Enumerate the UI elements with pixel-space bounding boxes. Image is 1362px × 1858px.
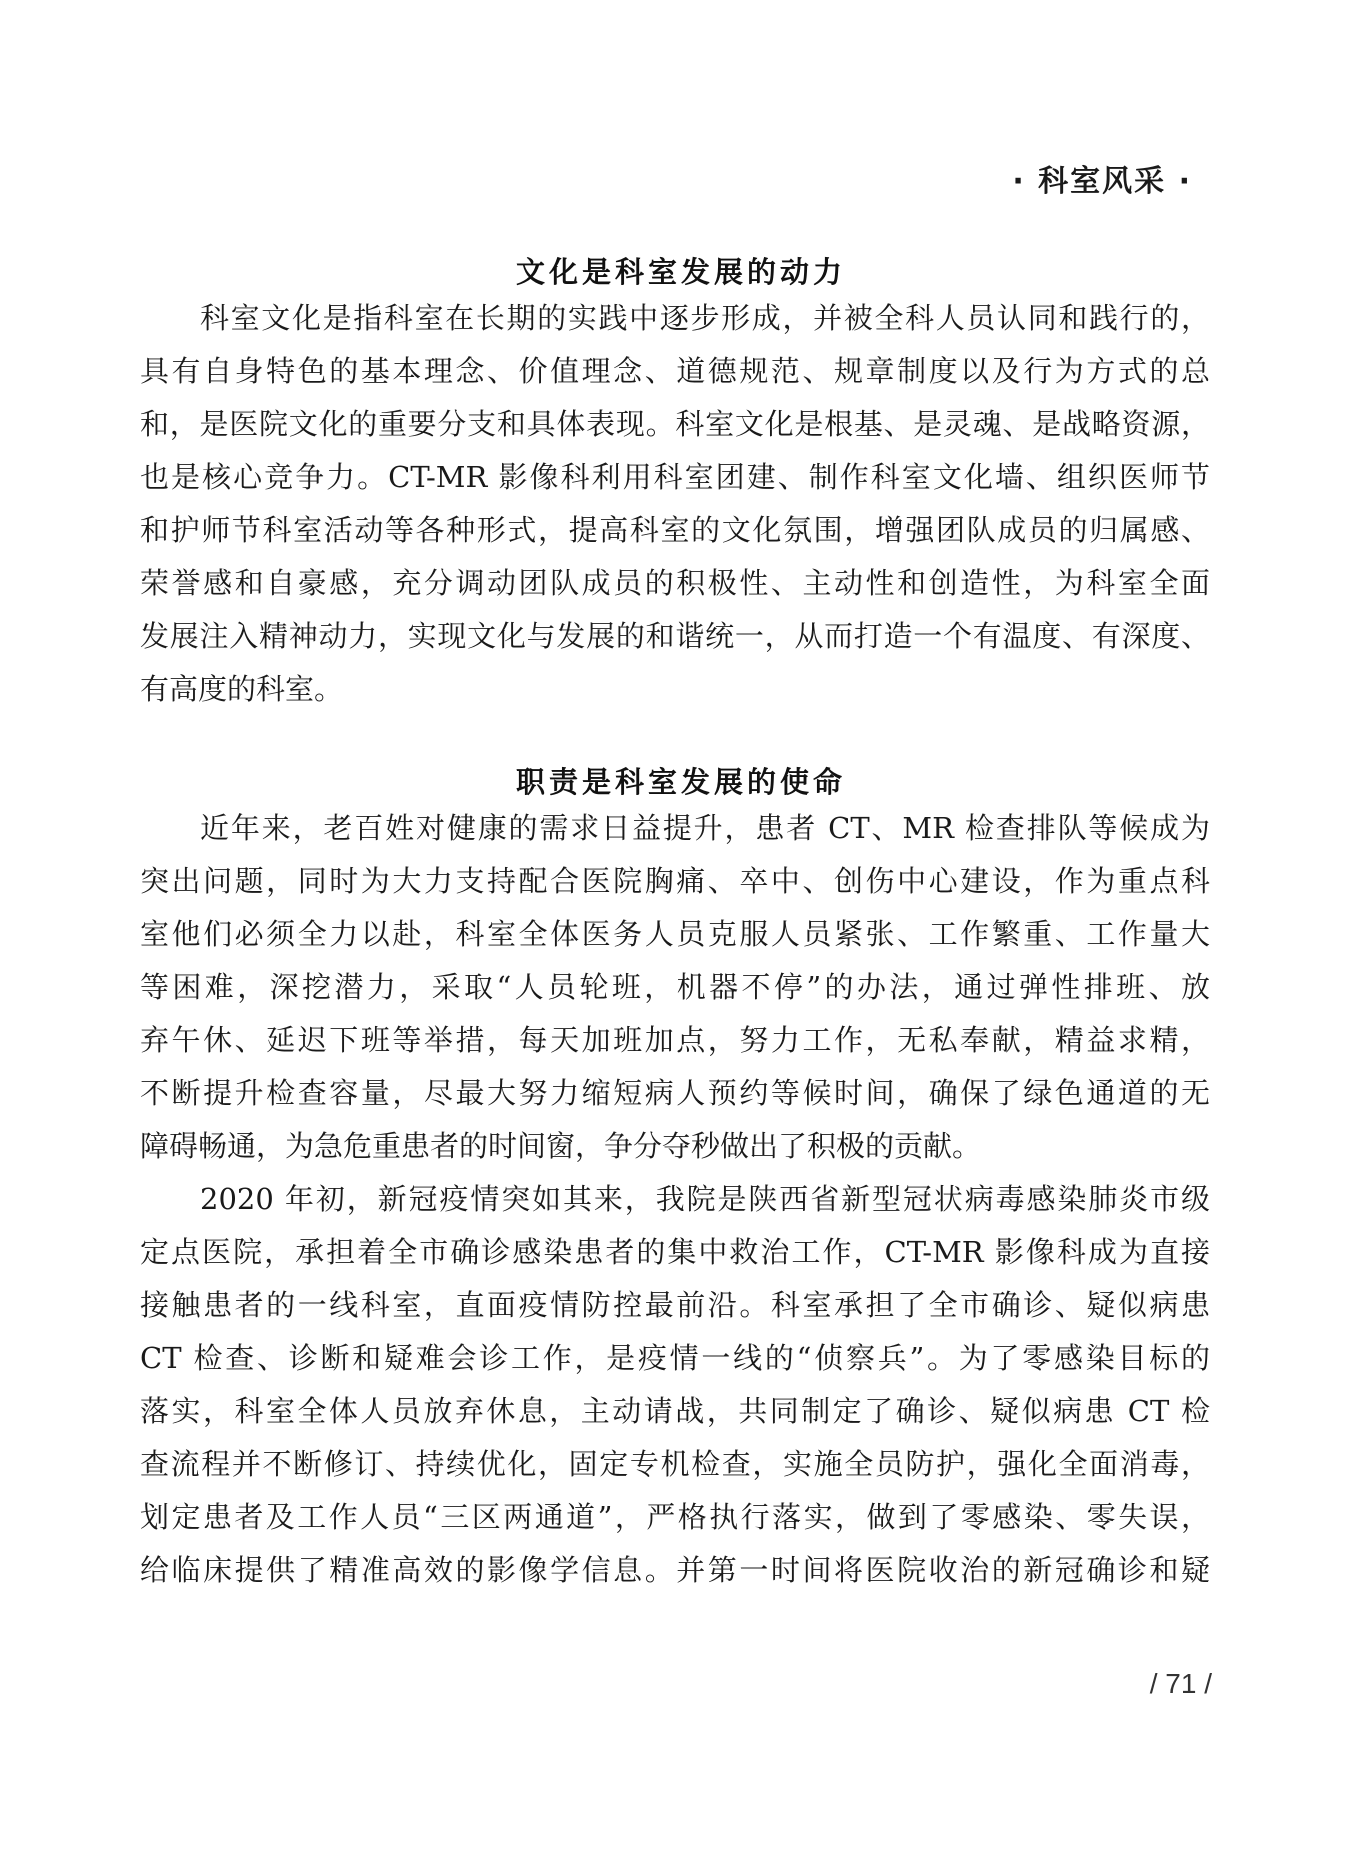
paragraph-line: 突出问题，同时为大力支持配合医院胸痛、卒中、创伤中心建设，作为重点科 xyxy=(140,861,1210,901)
paragraph-line: 荣誉感和自豪感，充分调动团队成员的积极性、主动性和创造性，为科室全面 xyxy=(140,563,1210,603)
paragraph-line: 定点医院，承担着全市确诊感染患者的集中救治工作，CT-MR 影像科成为直接 xyxy=(140,1232,1210,1272)
paragraph-line: 等困难，深挖潜力，采取“人员轮班，机器不停”的办法，通过弹性排班、放 xyxy=(140,967,1210,1007)
paragraph-line: 科室文化是指科室在长期的实践中逐步形成，并被全科人员认同和践行的， xyxy=(200,298,1210,338)
document-page: · 科室风采 · 文化是科室发展的动力 科室文化是指科室在长期的实践中逐步形成，… xyxy=(0,0,1362,1858)
paragraph-line: 发展注入精神动力，实现文化与发展的和谐统一，从而打造一个有温度、有深度、 xyxy=(140,616,1210,656)
paragraph-line: 给临床提供了精准高效的影像学信息。并第一时间将医院收治的新冠确诊和疑 xyxy=(140,1550,1210,1590)
section-title: 职责是科室发展的使命 xyxy=(0,760,1362,801)
paragraph-line: 有高度的科室。 xyxy=(140,669,1210,709)
paragraph-line: 接触患者的一线科室，直面疫情防控最前沿。科室承担了全市确诊、疑似病患 xyxy=(140,1285,1210,1325)
paragraph-line: 障碍畅通，为急危重患者的时间窗，争分夺秒做出了积极的贡献。 xyxy=(140,1126,1210,1166)
paragraph-line: 落实，科室全体人员放弃休息，主动请战，共同制定了确诊、疑似病患 CT 检 xyxy=(140,1391,1210,1431)
paragraph-line: 具有自身特色的基本理念、价值理念、道德规范、规章制度以及行为方式的总 xyxy=(140,351,1210,391)
paragraph-line: CT 检查、诊断和疑难会诊工作，是疫情一线的“侦察兵”。为了零感染目标的 xyxy=(140,1338,1210,1378)
paragraph-line: 室他们必须全力以赴，科室全体医务人员克服人员紧张、工作繁重、工作量大 xyxy=(140,914,1210,954)
paragraph-line: 查流程并不断修订、持续优化，固定专机检查，实施全员防护，强化全面消毒， xyxy=(140,1444,1210,1484)
paragraph-line: 2020 年初，新冠疫情突如其来，我院是陕西省新型冠状病毒感染肺炎市级 xyxy=(200,1179,1210,1219)
section-title: 文化是科室发展的动力 xyxy=(0,250,1362,291)
running-head: · 科室风采 · xyxy=(1012,156,1192,200)
paragraph-line: 近年来，老百姓对健康的需求日益提升，患者 CT、MR 检查排队等候成为 xyxy=(200,808,1210,848)
paragraph-line: 划定患者及工作人员“三区两通道”，严格执行落实，做到了零感染、零失误， xyxy=(140,1497,1210,1537)
paragraph-line: 和，是医院文化的重要分支和具体表现。科室文化是根基、是灵魂、是战略资源， xyxy=(140,404,1210,444)
paragraph-line: 和护师节科室活动等各种形式，提高科室的文化氛围，增强团队成员的归属感、 xyxy=(140,510,1210,550)
paragraph-line: 弃午休、延迟下班等举措，每天加班加点，努力工作，无私奉献，精益求精， xyxy=(140,1020,1210,1060)
paragraph-line: 不断提升检查容量，尽最大努力缩短病人预约等候时间，确保了绿色通道的无 xyxy=(140,1073,1210,1113)
page-number: / 71 / xyxy=(1150,1668,1212,1700)
paragraph-line: 也是核心竞争力。CT-MR 影像科利用科室团建、制作科室文化墙、组织医师节 xyxy=(140,457,1210,497)
